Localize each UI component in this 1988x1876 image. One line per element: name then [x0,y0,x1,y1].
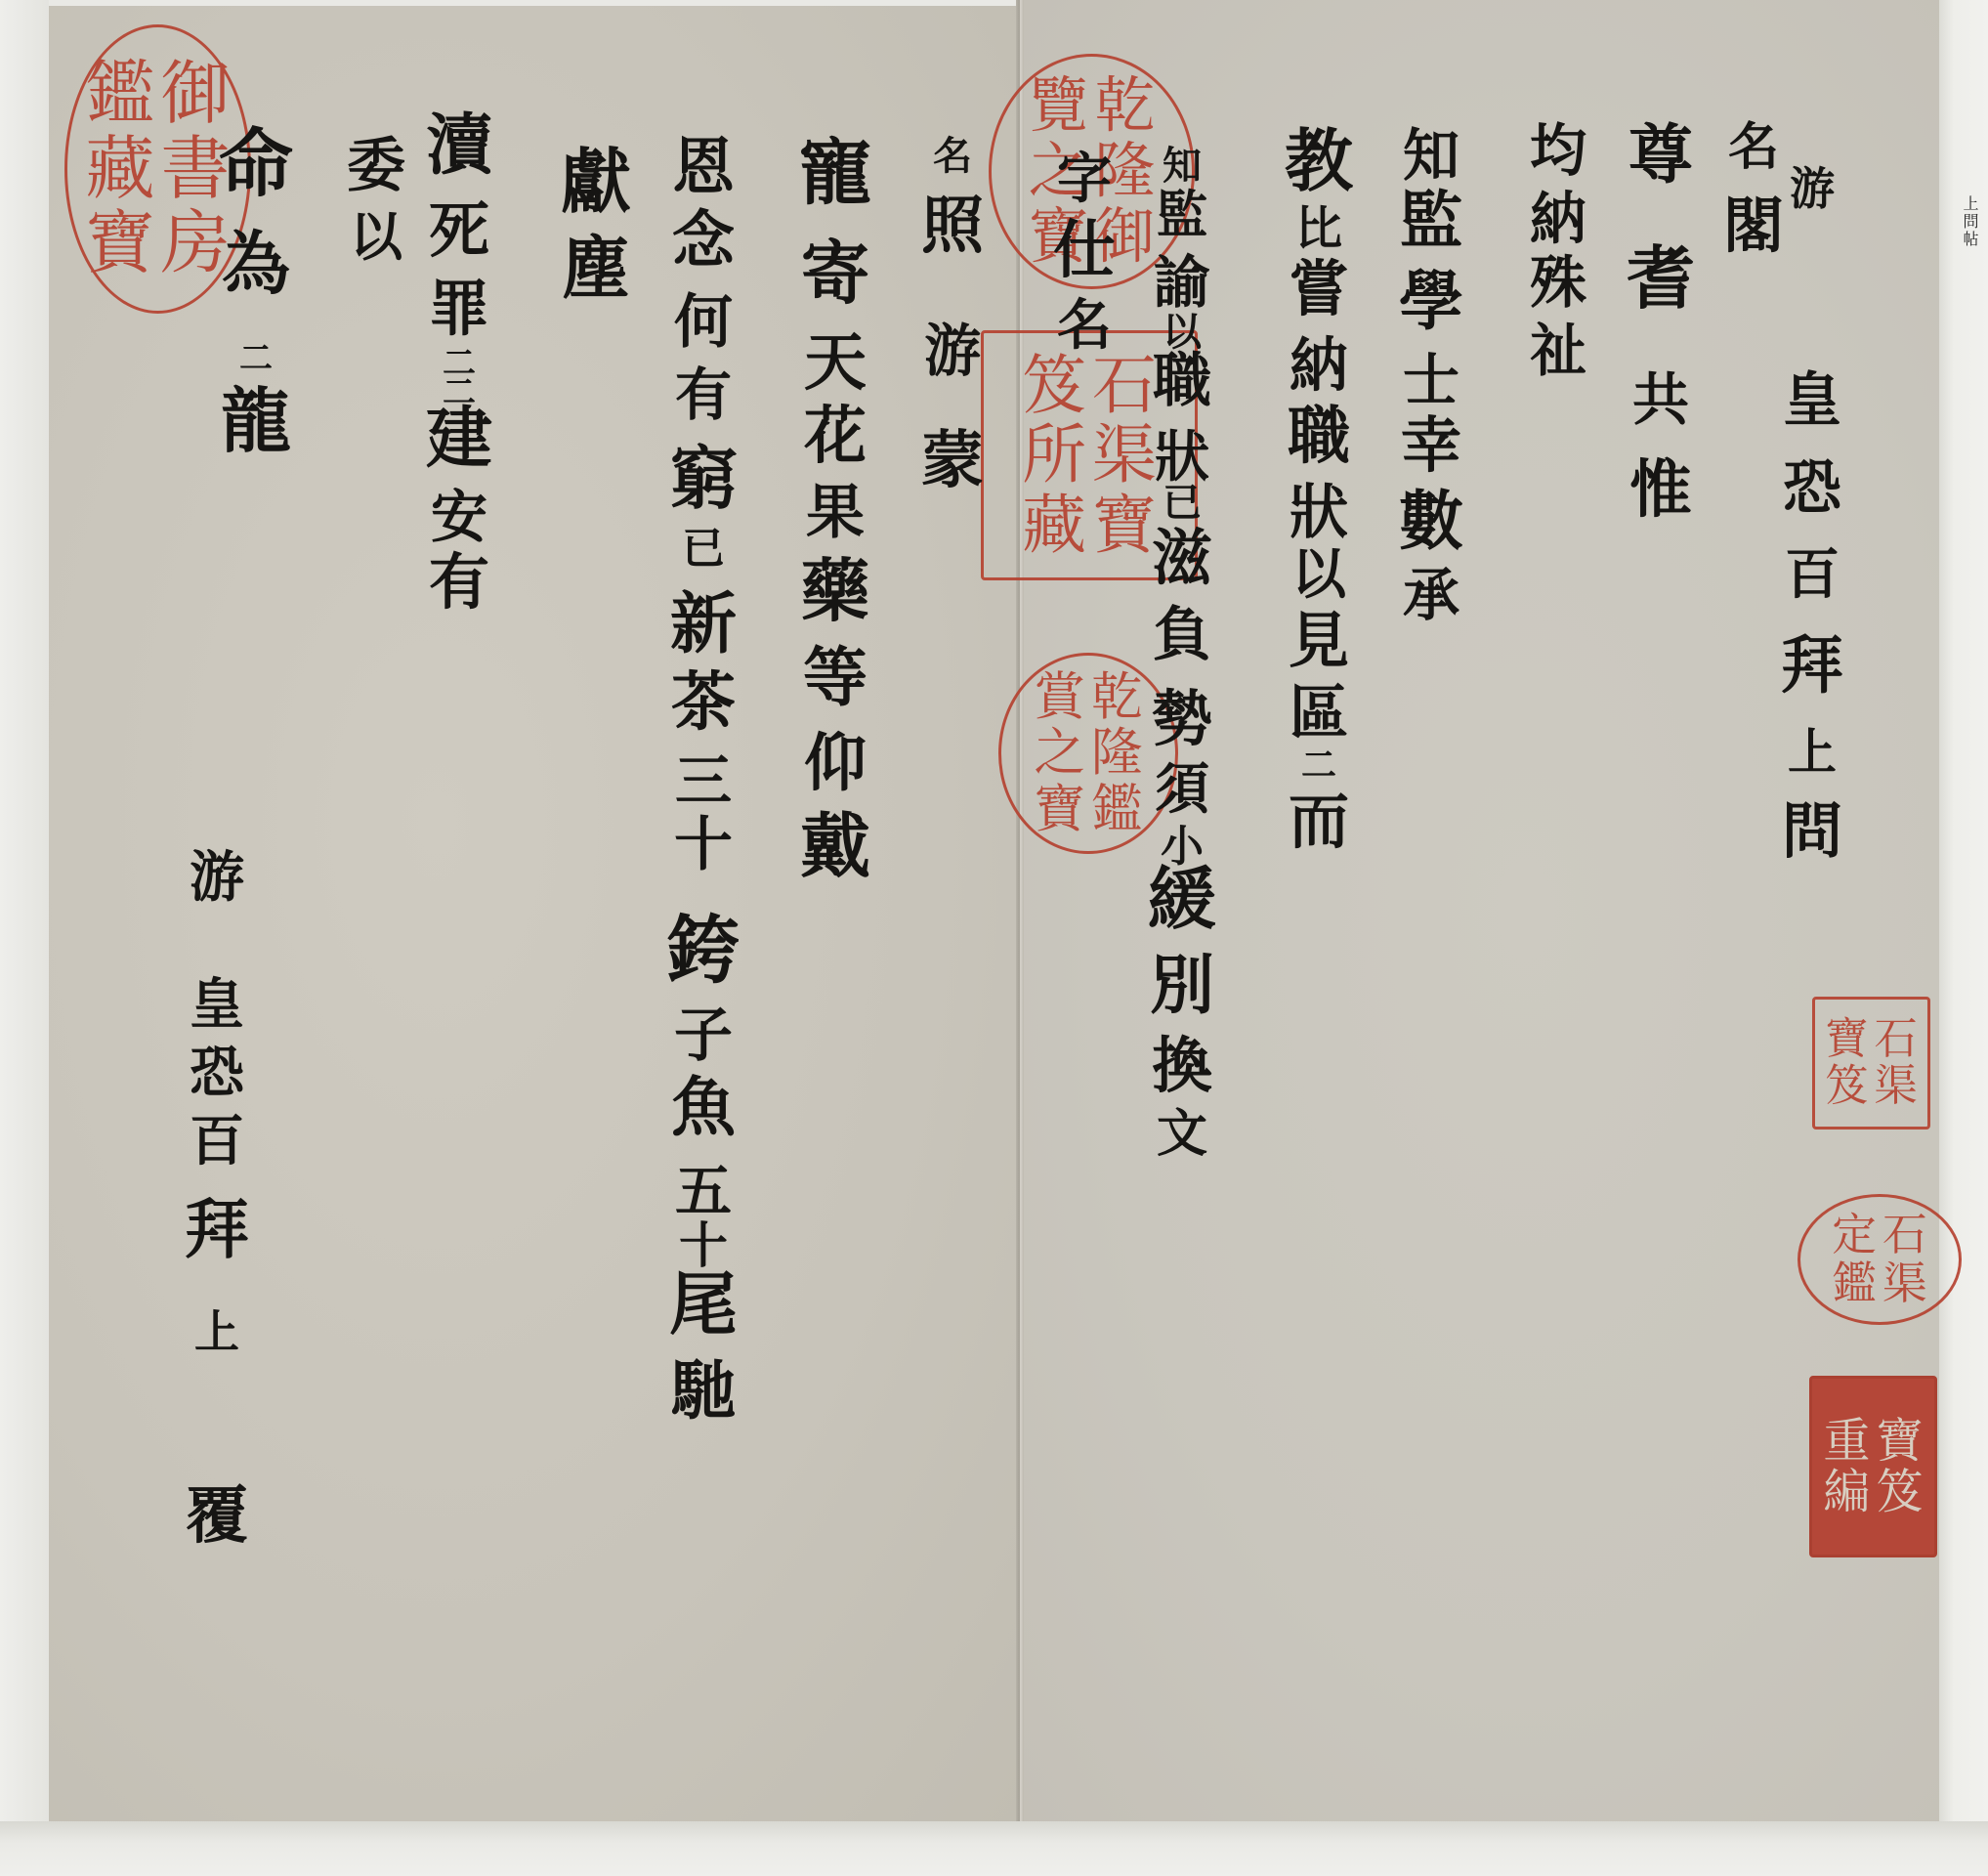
calligraphy-character: 幸 [1401,415,1461,476]
calligraphy-character: 皇 [190,977,244,1032]
calligraphy-character: 知 [1163,147,1202,186]
calligraphy-character: 尾 [669,1270,738,1339]
calligraphy-character: 均 [1530,122,1586,179]
calligraphy-character: 名 [1728,122,1779,173]
calligraphy-character: 二 [239,342,273,375]
calligraphy-character: 覆 [186,1485,248,1548]
calligraphy-character: 游 [924,322,981,379]
calligraphy-character: 學 [1399,269,1463,333]
calligraphy-character: 獻 [561,147,631,217]
calligraphy-character: 龍 [221,386,291,456]
calligraphy-character: 勢 [1152,689,1212,749]
seal-character: 渠 [1882,1260,1927,1307]
seal-character: 石 [1882,1212,1927,1258]
seal-character: 乾 [1095,74,1156,138]
seal-character: 鑑 [1832,1260,1877,1307]
calligraphy-character: 知 [1403,127,1459,184]
seal-character: 乾 [1091,670,1143,724]
calligraphy-character: 十 [674,816,733,874]
calligraphy-character: 已 [682,528,725,571]
seal-character: 房 [161,207,231,280]
calligraphy-character: 恐 [190,1045,244,1100]
calligraphy-character: 祉 [1530,322,1586,379]
seal-character: 藏 [1022,491,1086,559]
calligraphy-character: 而 [1289,791,1349,852]
calligraphy-character: 名 [933,137,972,176]
calligraphy-character: 以 [1163,313,1202,352]
seal-character: 寶 [85,207,154,280]
book-margin-left [0,0,49,1821]
seal-character: 笈 [1022,352,1086,419]
calligraphy-character: 何 [674,293,733,352]
calligraphy-character: 拜 [185,1197,249,1261]
calligraphy-character: 拜 [1781,635,1843,698]
calligraphy-character: 換 [1152,1036,1212,1096]
calligraphy-character: 嘗 [1289,259,1349,320]
seal-character: 覽 [1029,74,1089,138]
calligraphy-character: 共 [1632,371,1689,428]
calligraphy-character: 滋 [1152,528,1212,588]
calligraphy-character: 二 [1301,747,1336,783]
calligraphy-character: 須 [1155,762,1209,817]
calligraphy-character: 銙 [666,914,740,988]
calligraphy-character: 職 [1153,352,1211,410]
calligraphy-character: 花 [804,405,867,468]
seal-character: 渠 [1092,421,1157,489]
calligraphy-character: 有 [675,366,732,423]
seal-character: 所 [1022,421,1086,489]
seal-character: 鑑 [1091,783,1143,836]
calligraphy-character: 果 [806,484,865,542]
calligraphy-character: 命 [219,127,293,201]
calligraphy-character: 寵 [799,137,871,209]
seal-character: 之 [1034,726,1085,780]
calligraphy-character: 三 [675,752,732,809]
calligraphy-character: 百 [1785,547,1840,602]
calligraphy-character: 區 [1290,684,1348,743]
calligraphy-character: 恐 [1783,459,1841,518]
calligraphy-character: 窮 [669,445,738,513]
calligraphy-character: 茶 [671,669,736,734]
seal-character: 編 [1823,1468,1870,1516]
calligraphy-character: 等 [803,645,867,709]
calligraphy-character: 念 [672,210,735,273]
calligraphy-character: 惟 [1629,459,1692,522]
calligraphy-character: 皇 [1783,371,1841,430]
calligraphy-character: 天 [804,332,867,395]
calligraphy-character: 上 [194,1309,239,1354]
calligraphy-character: 塵 [562,234,630,303]
book-margin-right [1939,0,1988,1876]
calligraphy-character: 納 [1290,337,1348,396]
calligraphy-character: 馳 [671,1358,736,1423]
seal-character: 寶 [1877,1417,1924,1466]
seal-character: 藏 [85,133,154,206]
calligraphy-character: 有 [429,552,489,613]
seal-character: 鑑 [85,58,154,131]
seal-character: 笈 [1877,1468,1924,1516]
calligraphy-character: 士 [1403,352,1459,408]
seal-character: 寶 [1034,783,1085,836]
calligraphy-character: 百 [190,1114,244,1169]
calligraphy-character: 上 [1788,728,1837,777]
seal-character: 賞 [1034,670,1085,724]
calligraphy-character: 狀 [1290,484,1348,542]
seal-stamp: 定石鑑渠 [1798,1194,1962,1325]
calligraphy-character: 仰 [804,733,867,795]
seal-stamp: 重寶編笈 [1809,1376,1937,1557]
calligraphy-character: 比 [1295,205,1342,252]
calligraphy-character: 負 [1153,606,1211,664]
center-fold [1016,0,1024,1821]
calligraphy-character: 緩 [1148,865,1216,933]
calligraphy-character: 魚 [671,1075,736,1139]
calligraphy-character: 監 [1157,191,1207,241]
calligraphy-character: 仕 [1053,220,1116,282]
calligraphy-character: 以 [1291,547,1346,602]
calligraphy-character: 死 [429,200,489,261]
calligraphy-character: 諭 [1154,254,1210,311]
calligraphy-character: 尊 [1628,122,1693,187]
calligraphy-character: 文 [1157,1109,1207,1160]
book-margin-bottom [0,1821,1988,1876]
calligraphy-character: 教 [1285,127,1353,195]
calligraphy-character: 戴 [800,811,870,881]
seal-character: 笈 [1825,1064,1868,1109]
seal-character: 重 [1823,1417,1870,1466]
calligraphy-character: 問 [1782,801,1842,862]
calligraphy-character: 監 [1400,191,1462,253]
calligraphy-character: 職 [1288,405,1350,468]
calligraphy-character: 罪 [429,278,489,339]
calligraphy-character: 寄 [801,239,869,308]
seal-character: 寶 [1092,491,1157,559]
calligraphy-character: 瀆 [426,112,492,179]
page-title-label: 上問帖 [1959,195,1981,248]
seal-character: 渠 [1875,1064,1918,1109]
calligraphy-character: 子 [674,1006,733,1065]
calligraphy-character: 字 [1057,151,1112,206]
calligraphy-character: 為 [222,230,290,298]
calligraphy-character: 新 [670,591,737,658]
calligraphy-character: 狀 [1155,430,1209,485]
calligraphy-character: 五 [675,1163,732,1219]
seal-character: 定 [1832,1212,1877,1258]
calligraphy-character: 安 [431,489,487,545]
calligraphy-character: 承 [1403,567,1459,623]
calligraphy-character: 見 [1289,611,1349,671]
calligraphy-character: 建 [426,405,492,472]
calligraphy-character: 照 [921,195,984,258]
calligraphy-character: 殊 [1530,254,1586,311]
calligraphy-character: 以 [350,210,402,263]
calligraphy-character: 藥 [801,557,869,625]
calligraphy-character: 游 [190,850,244,905]
calligraphy-character: 恩 [672,137,735,199]
calligraphy-character: 耆 [1627,244,1695,313]
calligraphy-character: 別 [1150,953,1214,1017]
seal-character: 石 [1875,1017,1918,1062]
calligraphy-character: 委 [347,137,405,195]
calligraphy-character: 名 [1057,298,1112,353]
seal-character: 石 [1092,352,1157,419]
seal-stamp: 寶石笈渠 [1812,997,1930,1130]
calligraphy-character: 納 [1530,191,1586,247]
calligraphy-character: 游 [1790,166,1835,211]
calligraphy-character: 數 [1399,489,1463,553]
calligraphy-character: 蒙 [921,430,984,492]
seal-character: 隆 [1091,726,1143,780]
calligraphy-character: 已 [1163,484,1202,523]
seal-character: 寶 [1825,1017,1868,1062]
calligraphy-character: 閣 [1723,195,1784,256]
